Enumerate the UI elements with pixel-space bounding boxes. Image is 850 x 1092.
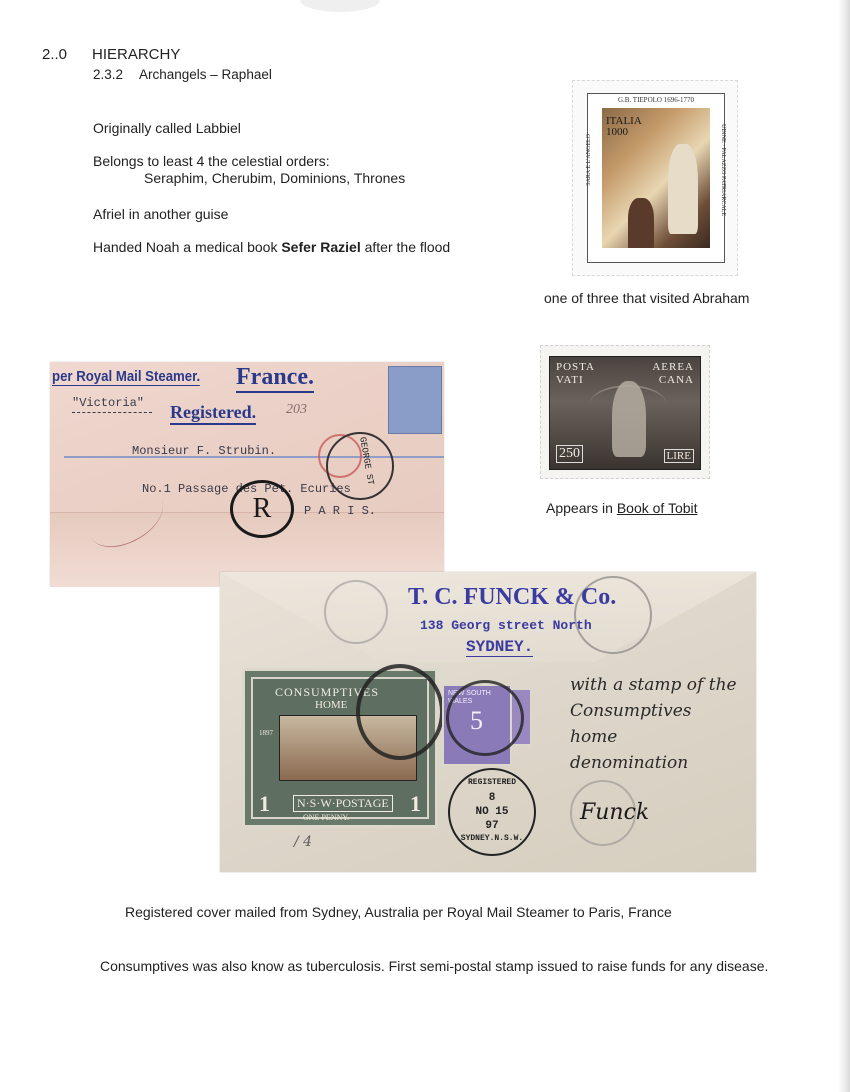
city: P A R I S. (304, 504, 376, 518)
postmark-day: 8 (450, 792, 534, 804)
footer-note: Consumptives was also know as tuberculos… (100, 958, 780, 975)
note-original-name: Originally called Labbiel (93, 120, 241, 137)
angel-figure (668, 144, 698, 234)
postmark-text: GEORGE ST (357, 436, 375, 486)
archangel-figure (612, 381, 646, 457)
george-st-postmark: GEORGE ST (326, 432, 394, 500)
stamp-tiepolo-left-inscription: SARA E L'ANGELO (586, 134, 600, 186)
registration-number: 203 (286, 402, 307, 418)
cover-sydney: T. C. FUNCK & Co. 138 Georg street North… (220, 572, 756, 872)
cover-caption: Registered cover mailed from Sydney, Aus… (125, 904, 672, 921)
subsection-number: 2.3.2 (93, 67, 139, 82)
subsection-heading: 2.3.2Archangels – Raphael (93, 67, 272, 82)
note-celestial-orders: Belongs to least 4 the celestial orders: (93, 153, 330, 170)
sarah-figure (628, 198, 654, 248)
duplex-cancel (356, 664, 444, 760)
book-title-sefer-raziel: Sefer Raziel (281, 239, 360, 255)
registration-r-mark: R (230, 480, 294, 538)
stamp-tiepolo: G.B. TIEPOLO 1696-1770 ITALIA 1000 SARA … (572, 80, 738, 276)
stamp-vatican-value: 250 (556, 445, 583, 463)
book-of-tobit-link[interactable]: Book of Tobit (617, 500, 698, 516)
registered-label: Registered. (170, 402, 256, 425)
section-title: HIERARCHY (92, 46, 180, 63)
caption-tiepolo: one of three that visited Abraham (544, 290, 749, 307)
sender-street: 138 Georg street North (420, 618, 592, 633)
section-number: 2..0 (42, 46, 92, 63)
ship-name: "Victoria" (72, 396, 144, 410)
route-label: per Royal Mail Steamer. (52, 368, 200, 386)
handwritten-note: with a stamp of the Consumptives home de… (570, 672, 740, 776)
stamp-value: ONE PENNY. (303, 813, 349, 822)
stamp-tiepolo-right-inscription: UDINE · PALAZZO PATRIARCALE (712, 124, 726, 216)
stamp-tiepolo-frame: G.B. TIEPOLO 1696-1770 ITALIA 1000 SARA … (587, 93, 725, 263)
note-afriel: Afriel in another guise (93, 206, 228, 223)
stamp-text-aerea: AEREA (652, 361, 694, 373)
handwritten-signature: Funck (580, 800, 649, 825)
stamp-tiepolo-country: ITALIA 1000 (606, 116, 642, 138)
stamp-digit-right: 1 (410, 791, 421, 817)
stamp-year: 1897 (259, 729, 273, 737)
stamp-text-vati: VATI (556, 374, 584, 386)
ship-underline (72, 412, 152, 413)
stamp-text-posta: POSTA (556, 361, 595, 373)
postmark-date: NO 15 (450, 806, 534, 818)
subsection-title: Archangels – Raphael (139, 67, 272, 82)
punch-hole-mark (300, 0, 380, 12)
stamp-country: N·S·W·POSTAGE (293, 795, 393, 812)
addressee: Monsieur F. Strubin. (132, 444, 276, 458)
sender-name: T. C. FUNCK & Co. (408, 584, 616, 611)
stamp-vatican-currency: LIRE (664, 449, 694, 463)
postmark-top: REGISTERED (450, 778, 534, 787)
nsw-cancel (446, 680, 524, 756)
caption-vatican: Appears in Book of Tobit (546, 500, 698, 517)
postmark-year: 97 (450, 820, 534, 832)
noah-note-suffix: after the flood (361, 239, 451, 255)
stamp-vatican-frame: POSTA VATI AEREA CANA 250 LIRE (549, 356, 701, 470)
stamp-value-text: 1000 (606, 127, 642, 138)
section-heading: 2..0HIERARCHY (42, 46, 180, 63)
faint-postmark-left (324, 580, 388, 644)
postmark-bottom: SYDNEY.N.S.W. (450, 834, 534, 843)
note-orders-list: Seraphim, Cherubim, Dominions, Thrones (144, 170, 405, 187)
stamp-digit-left: 1 (259, 791, 270, 817)
stamp-tiepolo-top-inscription: G.B. TIEPOLO 1696-1770 (588, 96, 724, 104)
postal-stationery-stamp (388, 366, 442, 434)
sender-city: SYDNEY. (466, 638, 533, 657)
pencil-notation: / 4 (294, 834, 312, 850)
destination-label: France. (236, 364, 314, 393)
caption-vatican-prefix: Appears in (546, 500, 617, 516)
cover-france: per Royal Mail Steamer. France. "Victori… (50, 362, 444, 586)
page-edge-shadow (838, 0, 850, 1092)
registered-sydney-postmark: REGISTERED 8 NO 15 97 SYDNEY.N.S.W. (448, 768, 536, 856)
stamp-text-cana: CANA (659, 374, 694, 386)
note-noah: Handed Noah a medical book Sefer Raziel … (93, 239, 450, 256)
stamp-vatican: POSTA VATI AEREA CANA 250 LIRE (540, 345, 710, 479)
noah-note-prefix: Handed Noah a medical book (93, 239, 281, 255)
stamp-home: HOME (315, 699, 347, 711)
